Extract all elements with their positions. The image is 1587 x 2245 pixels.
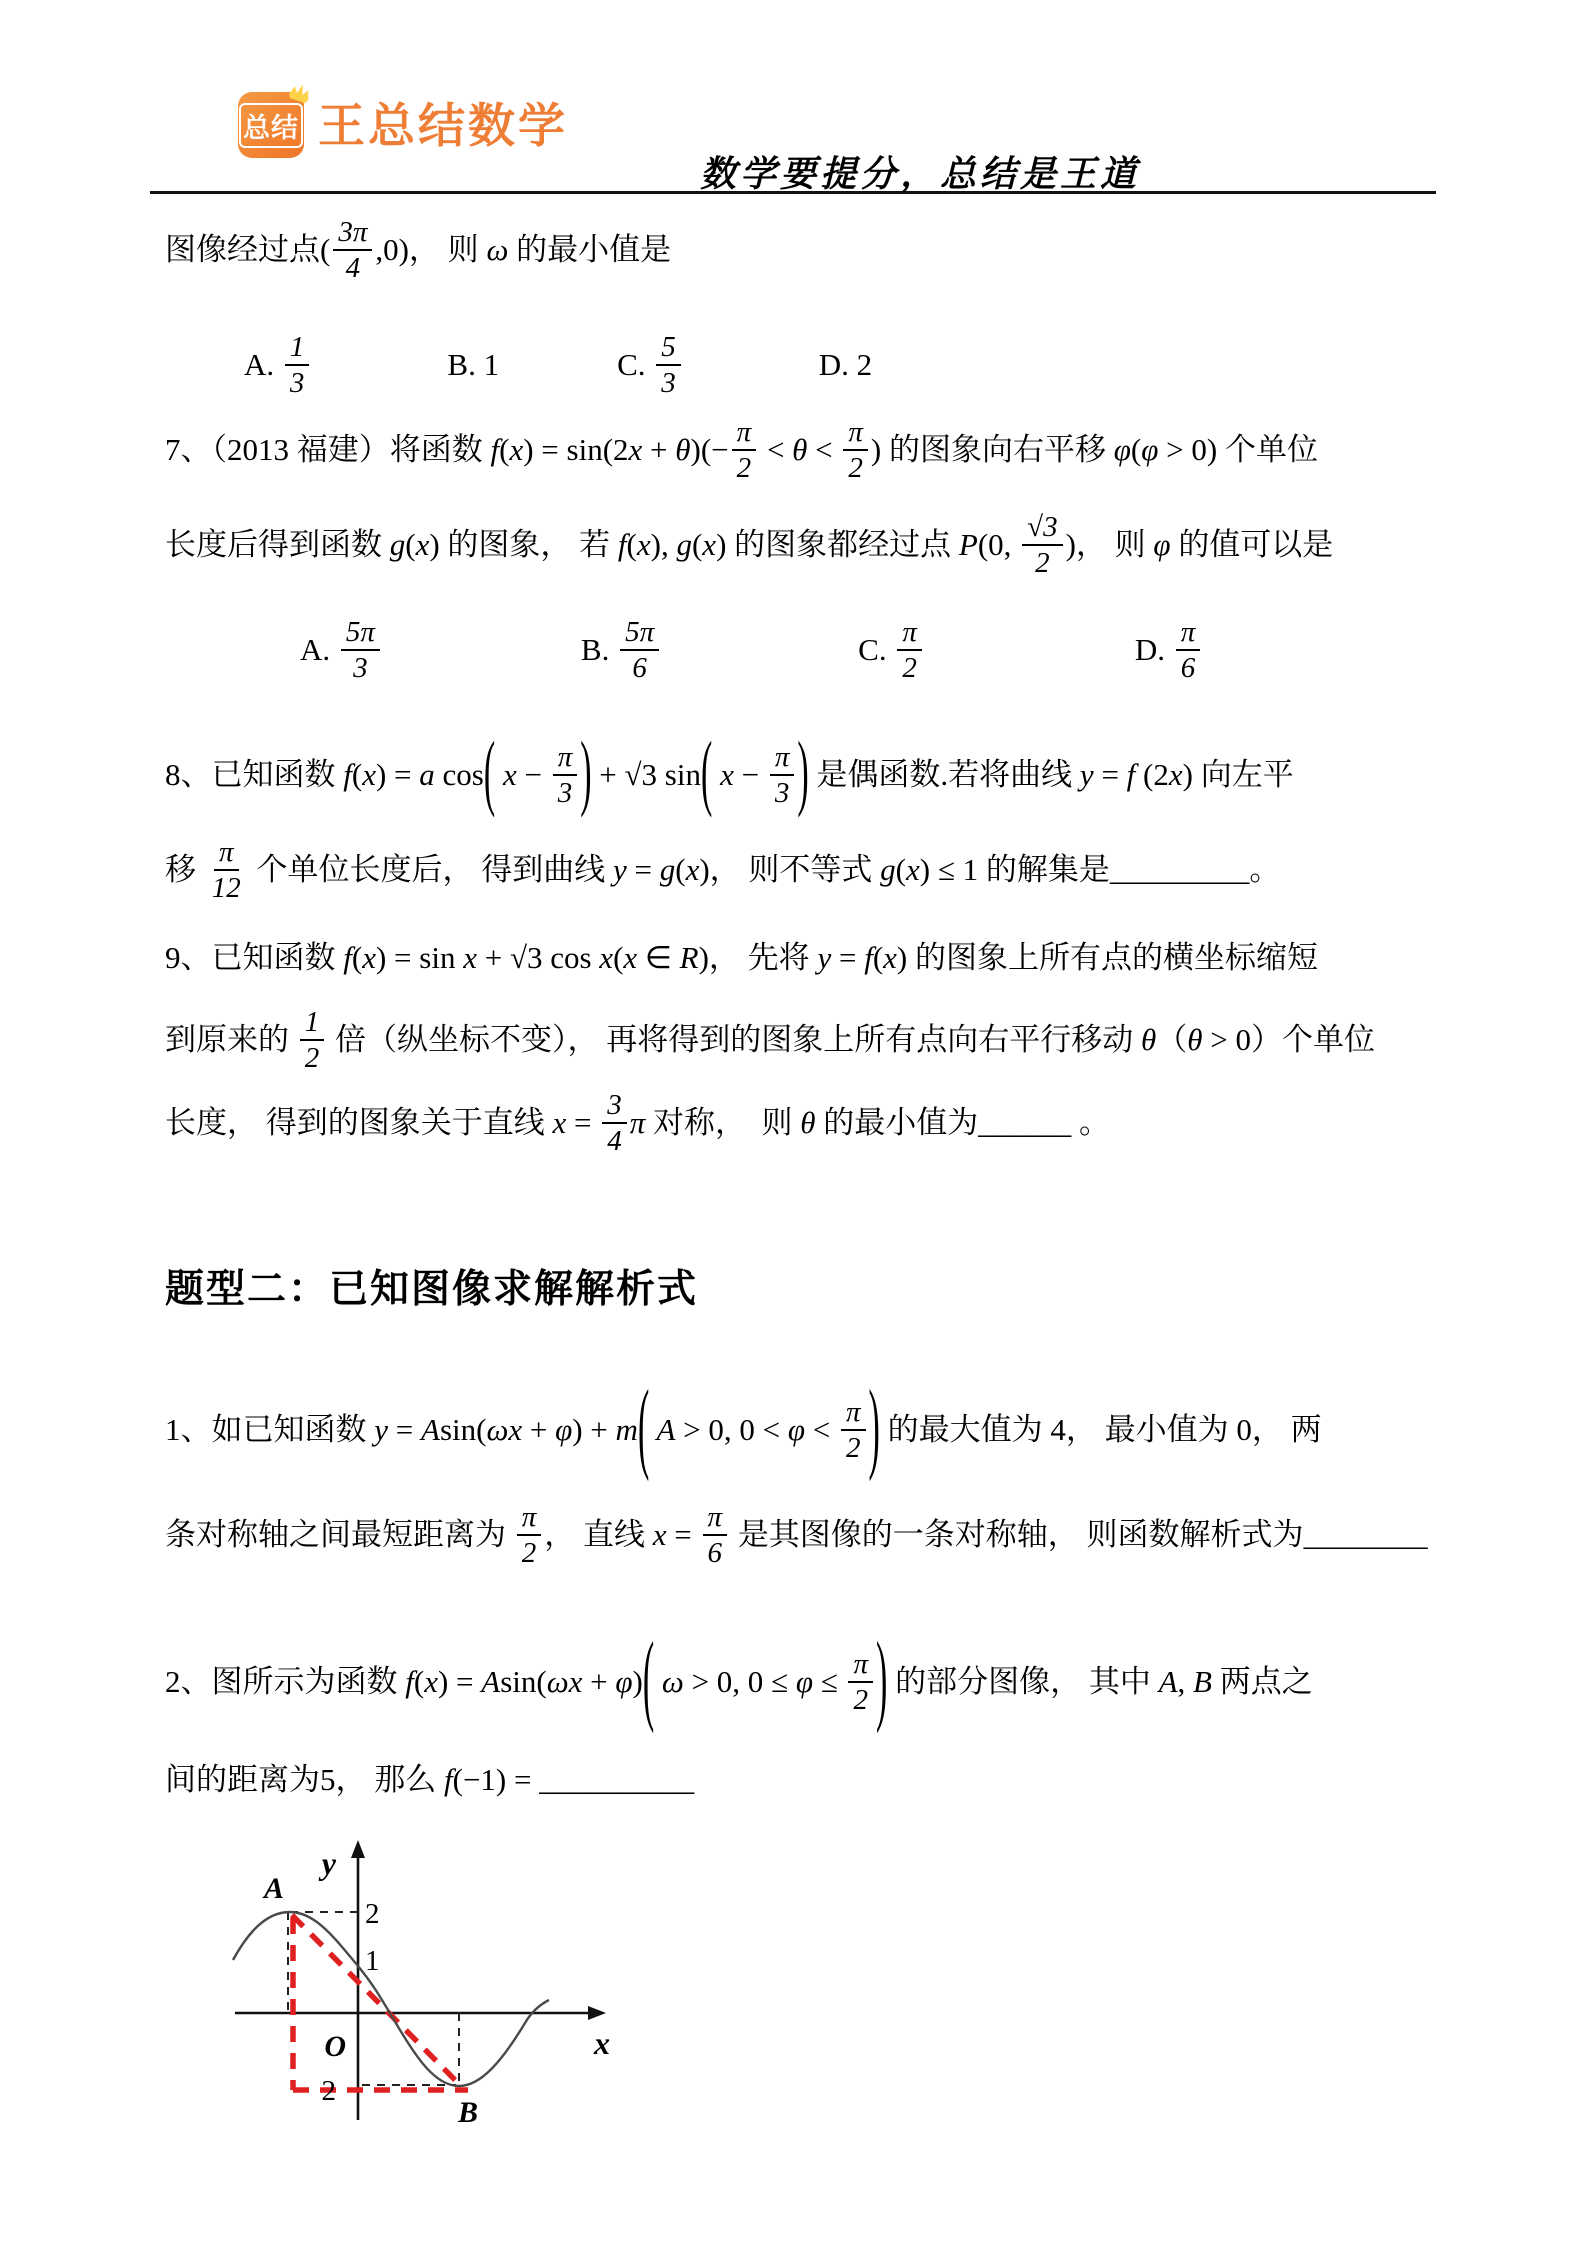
header-slogan: 数学要提分，总结是王道 <box>700 146 1140 197</box>
math-var: x <box>553 1104 567 1143</box>
fraction: 34 <box>602 1089 627 1158</box>
big-paren: ( <box>643 1618 654 1746</box>
math-var: y <box>817 939 831 978</box>
fraction: 53 <box>656 331 681 400</box>
fraction: 5π6 <box>620 616 659 685</box>
text-run: ( <box>613 939 623 978</box>
math-var: f <box>343 756 352 795</box>
text-run: + √3 cos <box>477 939 599 978</box>
text-run: D. 2 <box>819 346 872 385</box>
text-run: = <box>388 1411 421 1450</box>
text-run: 7、（2013 福建）将函数 <box>165 431 491 470</box>
answer-blank: ______ <box>978 1104 1071 1143</box>
fraction: 5π3 <box>341 616 380 685</box>
text-run: 对称， 则 <box>645 1104 800 1143</box>
answer-blank: _________ <box>1110 851 1250 890</box>
text-run: ) 的图象， 若 <box>429 526 618 565</box>
q8-line-2: 移 π12 个单位长度后， 得到曲线 y = g(x)， 则不等式 g(x) ≤… <box>165 822 1280 918</box>
text-run: 两点之 <box>1212 1663 1313 1702</box>
text-run: A. <box>300 631 338 670</box>
q8-line-1: 8、已知函数 f(x) = a cos( x − π3) + √3 sin( x… <box>165 727 1294 823</box>
text-run: ) = sin(2 <box>523 431 628 470</box>
s2-q1-line-1: 1、如已知函数 y = Asin(ωx + φ) + m( A > 0, 0 <… <box>165 1382 1322 1478</box>
logo-icon: 总结 <box>238 92 304 158</box>
fraction: π3 <box>553 741 578 810</box>
s2-q1-line-2: 条对称轴之间最短距离为 π2， 直线 x = π6 是其图像的一条对称轴， 则函… <box>165 1487 1428 1583</box>
text-run: 2、图所示为函数 <box>165 1663 405 1702</box>
math-var: φ <box>555 1411 572 1450</box>
text-run: 是其图像的一条对称轴， 则函数解析式为 <box>730 1516 1304 1555</box>
text-run: < <box>759 431 792 470</box>
text-run: )(− <box>691 431 729 470</box>
fraction: π2 <box>732 416 757 485</box>
fraction: π2 <box>848 1648 873 1717</box>
text-run: 是偶函数.若将曲线 <box>809 756 1080 795</box>
brand-logo: 总结 王总结数学 <box>238 92 568 158</box>
sine-graph-figure: y x O A B 2 1 2 <box>150 1828 650 2208</box>
text-run: B. 1 <box>447 346 499 385</box>
text-run: 的最小值为 <box>816 1104 979 1143</box>
math-var: φ <box>1141 431 1158 470</box>
text-run: = <box>566 1104 599 1143</box>
fraction: π6 <box>1176 616 1201 685</box>
text-run: ， 直线 <box>544 1516 653 1555</box>
text-run: ( <box>352 939 362 978</box>
text-run: , <box>1178 1663 1194 1702</box>
text-run: 长度后得到函数 <box>165 526 390 565</box>
text-run: > 0, 0 < <box>675 1411 787 1450</box>
text-run: ) = <box>376 756 419 795</box>
math-var: φ <box>796 1663 813 1702</box>
math-var: ωx <box>547 1663 583 1702</box>
fraction: π2 <box>517 1501 542 1570</box>
math-var: x <box>702 526 716 565</box>
math-var: y <box>1080 756 1094 795</box>
text-run: ≤ <box>813 1663 846 1702</box>
math-var: x <box>416 526 430 565</box>
math-var: x <box>509 431 523 470</box>
math-var: g <box>660 851 676 890</box>
text-run: ,0)， 则 <box>375 231 486 270</box>
math-var: x <box>653 1516 667 1555</box>
point-a-label: A <box>262 1872 284 1905</box>
math-var: R <box>680 939 699 978</box>
q6-options-row: A. 13B. 1C. 53D. 2 <box>244 317 872 413</box>
text-run: + <box>642 431 675 470</box>
text-run: > 0) 个单位 <box>1158 431 1318 470</box>
s2-q2-line-2: 间的距离为5， 那么 f(−1) = __________ <box>165 1732 694 1828</box>
text-run: A. <box>244 346 282 385</box>
section-heading: 题型二：已知图像求解解析式 <box>165 1258 698 1314</box>
text-run: (2 <box>1135 756 1169 795</box>
text-run: 的值可以是 <box>1171 526 1334 565</box>
text-run: 间的距离为5， 那么 <box>165 1761 444 1800</box>
math-var: x <box>1169 756 1183 795</box>
big-paren: ) <box>876 1618 887 1746</box>
q7-options-row: A. 5π3B. 5π6C. π2D. π6 <box>300 602 1203 698</box>
text-run: = <box>1094 756 1127 795</box>
math-var: ω <box>486 231 508 270</box>
math-var: f <box>491 431 500 470</box>
big-paren: ) <box>869 1366 880 1494</box>
text-run: ( <box>499 431 509 470</box>
text-run: + <box>522 1411 555 1450</box>
math-var: B <box>1193 1663 1212 1702</box>
text-run: cos <box>435 756 484 795</box>
fraction: 13 <box>285 331 310 400</box>
text-run: < <box>805 1411 838 1450</box>
math-var: θ <box>792 431 807 470</box>
text-run: ( <box>414 1663 424 1702</box>
math-var: φ <box>788 1411 805 1450</box>
big-paren: ( <box>484 722 495 828</box>
math-var: g <box>676 526 692 565</box>
answer-blank: __________ <box>539 1761 694 1800</box>
sine-curve <box>233 1912 549 2086</box>
text-run: D. <box>1135 631 1173 670</box>
math-var: g <box>880 851 896 890</box>
text-run: ) 向左平 <box>1183 756 1294 795</box>
text-run: < <box>807 431 840 470</box>
math-var: f <box>618 526 627 565</box>
math-var: f <box>444 1761 453 1800</box>
text-run: ( <box>405 526 415 565</box>
math-var: P <box>959 526 978 565</box>
text-run: ( <box>1131 431 1141 470</box>
fraction: π3 <box>770 741 795 810</box>
tick-label-neg2: 2 <box>322 2075 337 2107</box>
fraction: π2 <box>897 616 922 685</box>
text-run: 图像经过点( <box>165 231 330 270</box>
math-var: φ <box>1114 431 1131 470</box>
math-var: φ <box>1153 526 1170 565</box>
math-var: A <box>649 1411 675 1450</box>
text-run: sin( <box>500 1663 547 1702</box>
text-run: ) = sin <box>376 939 463 978</box>
text-run: > 0, 0 ≤ <box>684 1663 796 1702</box>
text-run: 倍（纵坐标不变）， 再将得到的图象上所有点向右平行移动 <box>327 1021 1141 1060</box>
math-var: y <box>613 851 627 890</box>
math-var: x <box>637 526 651 565</box>
text-run: ( <box>896 851 906 890</box>
fraction: √32 <box>1022 511 1062 580</box>
tick-label-2: 2 <box>365 1898 380 1930</box>
math-var: x <box>906 851 920 890</box>
math-var: π <box>630 1104 646 1143</box>
text-run: ) = <box>438 1663 481 1702</box>
x-axis-label: x <box>593 2025 610 2061</box>
text-run: )， 则 <box>1066 526 1154 565</box>
text-run: C. <box>858 631 894 670</box>
big-paren: ( <box>701 722 712 828</box>
q9-line-3: 长度， 得到的图象关于直线 x = 34π 对称， 则 θ 的最小值为_____… <box>165 1075 1110 1171</box>
math-var: θ <box>675 431 690 470</box>
text-run: ), <box>651 526 677 565</box>
logo-icon-text: 总结 <box>239 103 303 148</box>
text-run: ( <box>692 526 702 565</box>
tick-label-1: 1 <box>365 1945 380 1977</box>
math-var: a <box>419 756 435 795</box>
y-axis-arrow <box>351 1840 365 1858</box>
big-paren: ) <box>797 722 808 828</box>
text-run: ∈ <box>637 939 680 978</box>
text-run: ) 的图象向右平移 <box>871 431 1114 470</box>
text-run: 个单位长度后， 得到曲线 <box>249 851 613 890</box>
q6-stem-line: 图像经过点(3π4,0)， 则 ω 的最小值是 <box>165 202 671 298</box>
math-var: x <box>463 939 477 978</box>
q7-line-1: 7、（2013 福建）将函数 f(x) = sin(2x + θ)(−π2 < … <box>165 402 1318 498</box>
fraction: 12 <box>300 1006 325 1075</box>
math-var: f <box>1127 756 1136 795</box>
math-var: x <box>623 939 637 978</box>
red-dash-hypotenuse-ab <box>292 1915 462 2087</box>
math-var: A <box>421 1411 440 1450</box>
s2-q2-line-1: 2、图所示为函数 f(x) = Asin(ωx + φ)( ω > 0, 0 ≤… <box>165 1634 1313 1730</box>
fraction: π2 <box>843 416 868 485</box>
math-var: x <box>712 756 734 795</box>
text-run: 9、已知函数 <box>165 939 343 978</box>
text-run: B. <box>581 631 617 670</box>
fraction: π6 <box>703 1501 728 1570</box>
x-axis-arrow <box>588 2006 606 2020</box>
text-run: 的最小值是 <box>508 231 671 270</box>
math-var: x <box>495 756 517 795</box>
text-run: ( <box>352 756 362 795</box>
header-divider <box>150 191 1436 194</box>
text-run: ) ≤ 1 的解集是 <box>920 851 1110 890</box>
math-var: ω <box>654 1663 684 1702</box>
big-paren: ( <box>638 1366 649 1494</box>
math-var: x <box>362 756 376 795</box>
fraction: π2 <box>841 1396 866 1465</box>
text-run: + √3 sin <box>592 756 701 795</box>
text-run: − <box>517 756 550 795</box>
text-run: ( <box>873 939 883 978</box>
text-run: C. <box>617 346 653 385</box>
math-var: f <box>405 1663 414 1702</box>
text-run: 。 <box>1071 1104 1110 1143</box>
text-run: 到原来的 <box>165 1021 297 1060</box>
math-var: y <box>374 1411 388 1450</box>
math-var: x <box>686 851 700 890</box>
text-run: ( <box>627 526 637 565</box>
text-run: = <box>627 851 660 890</box>
text-run: − <box>734 756 767 795</box>
text-run: 的最大值为 4， 最小值为 0， 两 <box>880 1411 1322 1450</box>
origin-label: O <box>324 2030 346 2063</box>
logo-wordmark: 王总结数学 <box>318 102 568 149</box>
text-run: + <box>582 1663 615 1702</box>
text-run: > 0）个单位 <box>1202 1021 1374 1060</box>
text-run: sin( <box>440 1411 487 1450</box>
text-run: (0, <box>978 526 1019 565</box>
text-run: ) 的图象都经过点 <box>716 526 959 565</box>
point-b-label: B <box>457 2096 478 2129</box>
q7-line-2: 长度后得到函数 g(x) 的图象， 若 f(x), g(x) 的图象都经过点 P… <box>165 497 1333 593</box>
y-axis-label: y <box>318 1845 337 1881</box>
text-run: )， 则不等式 <box>699 851 880 890</box>
text-run: ) <box>633 1663 643 1702</box>
text-run: 。 <box>1249 851 1280 890</box>
math-var: x <box>424 1663 438 1702</box>
text-run: ( <box>675 851 685 890</box>
text-run: = <box>667 1516 700 1555</box>
math-var: g <box>390 526 406 565</box>
text-run: )， 先将 <box>699 939 818 978</box>
math-var: x <box>629 431 643 470</box>
answer-blank: ________ <box>1304 1516 1428 1555</box>
math-var: A <box>481 1663 500 1702</box>
math-var: x <box>883 939 897 978</box>
text-run: (−1) = <box>453 1761 540 1800</box>
text-run: 1、如已知函数 <box>165 1411 374 1450</box>
math-var: ωx <box>486 1411 522 1450</box>
text-run: （ <box>1156 1021 1187 1060</box>
math-var: f <box>864 939 873 978</box>
math-var: m <box>616 1411 638 1450</box>
math-var: θ <box>1141 1021 1156 1060</box>
text-run: 条对称轴之间最短距离为 <box>165 1516 514 1555</box>
fraction: 3π4 <box>333 216 372 285</box>
math-var: x <box>599 939 613 978</box>
math-var: θ <box>1187 1021 1202 1060</box>
math-var: A <box>1159 1663 1178 1702</box>
q9-line-2: 到原来的 12 倍（纵坐标不变）， 再将得到的图象上所有点向右平行移动 θ（θ … <box>165 992 1375 1088</box>
fraction: π12 <box>207 836 246 905</box>
math-var: φ <box>615 1663 632 1702</box>
text-run: 移 <box>165 851 204 890</box>
text-run: 的部分图像， 其中 <box>887 1663 1158 1702</box>
math-var: f <box>343 939 352 978</box>
big-paren: ) <box>580 722 591 828</box>
text-run: 8、已知函数 <box>165 756 343 795</box>
text-run: = <box>831 939 864 978</box>
text-run: 长度， 得到的图象关于直线 <box>165 1104 553 1143</box>
math-var: θ <box>800 1104 815 1143</box>
text-run: ) 的图象上所有点的横坐标缩短 <box>897 939 1318 978</box>
text-run: ) + <box>572 1411 615 1450</box>
math-var: x <box>362 939 376 978</box>
